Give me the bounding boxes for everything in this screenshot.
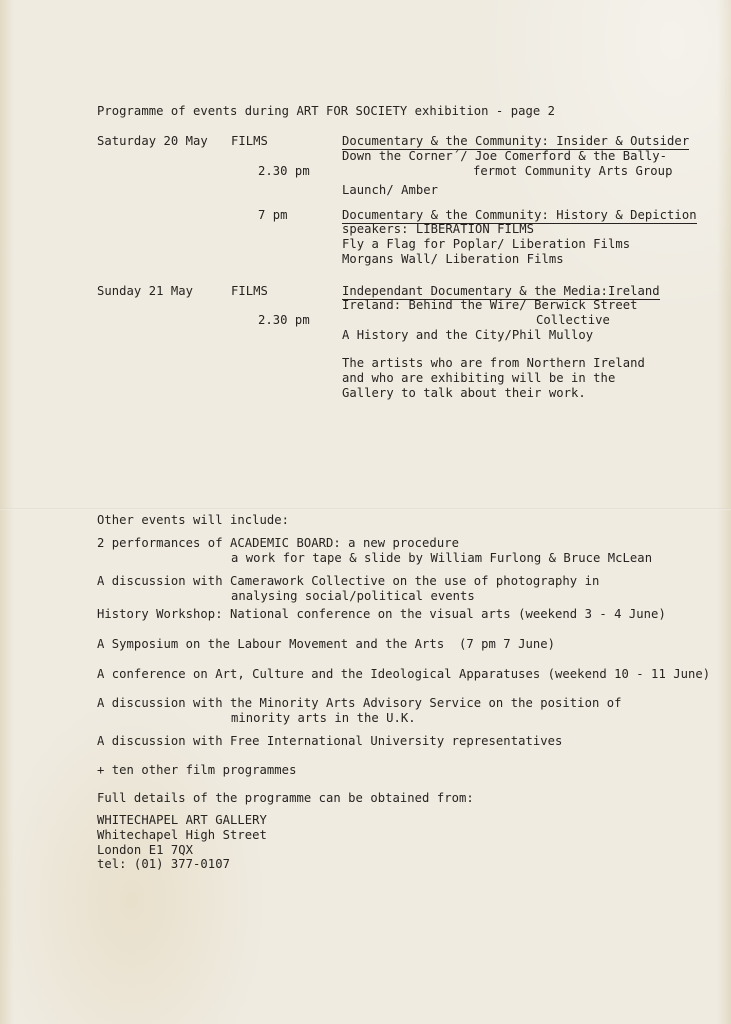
address-street: Whitechapel High Street [97,828,267,843]
day-label: Saturday 20 May [97,134,208,149]
film-line: Ireland: Behind the Wire/ Berwick Street [342,298,638,313]
paper-fold-crease [0,508,731,510]
session-heading: Documentary & the Community: Insider & O… [342,134,689,150]
event-item: + ten other film programmes [97,763,296,778]
film-line: fermot Community Arts Group [473,164,672,179]
note-line: The artists who are from Northern Irelan… [342,356,645,371]
event-item: A discussion with Camerawork Collective … [97,574,599,589]
day-label: Sunday 21 May [97,284,193,299]
event-item: A Symposium on the Labour Movement and t… [97,637,555,652]
film-line: Collective [536,313,610,328]
session-time: 7 pm [258,208,288,223]
event-item: A discussion with the Minority Arts Advi… [97,696,622,711]
session-type: FILMS [231,134,268,149]
film-line: Fly a Flag for Poplar/ Liberation Films [342,237,630,252]
film-line: Launch/ Amber [342,183,438,198]
film-line: speakers: LIBERATION FILMS [342,222,534,237]
film-line: Down the Corner´/ Joe Comerford & the Ba… [342,149,667,164]
event-item: History Workshop: National conference on… [97,607,666,622]
page-title: Programme of events during ART FOR SOCIE… [97,104,555,119]
telephone: tel: (01) 377-0107 [97,857,230,872]
session-time: 2.30 pm [258,313,310,328]
other-events-intro: Other events will include: [97,513,289,528]
note-line: Gallery to talk about their work. [342,386,586,401]
session-type: FILMS [231,284,268,299]
film-line: Morgans Wall/ Liberation Films [342,252,564,267]
event-item: A discussion with Free International Uni… [97,734,562,749]
session-time: 2.30 pm [258,164,310,179]
note-line: and who are exhibiting will be in the [342,371,615,386]
contact-intro: Full details of the programme can be obt… [97,791,474,806]
event-item-continuation: a work for tape & slide by William Furlo… [231,551,652,566]
gallery-name: WHITECHAPEL ART GALLERY [97,813,267,828]
event-item: 2 performances of ACADEMIC BOARD: a new … [97,536,459,551]
film-line: A History and the City/Phil Mulloy [342,328,593,343]
event-item: A conference on Art, Culture and the Ide… [97,667,710,682]
address-city: London E1 7QX [97,843,193,858]
event-item-continuation: analysing social/political events [231,589,475,604]
event-item-continuation: minority arts in the U.K. [231,711,416,726]
